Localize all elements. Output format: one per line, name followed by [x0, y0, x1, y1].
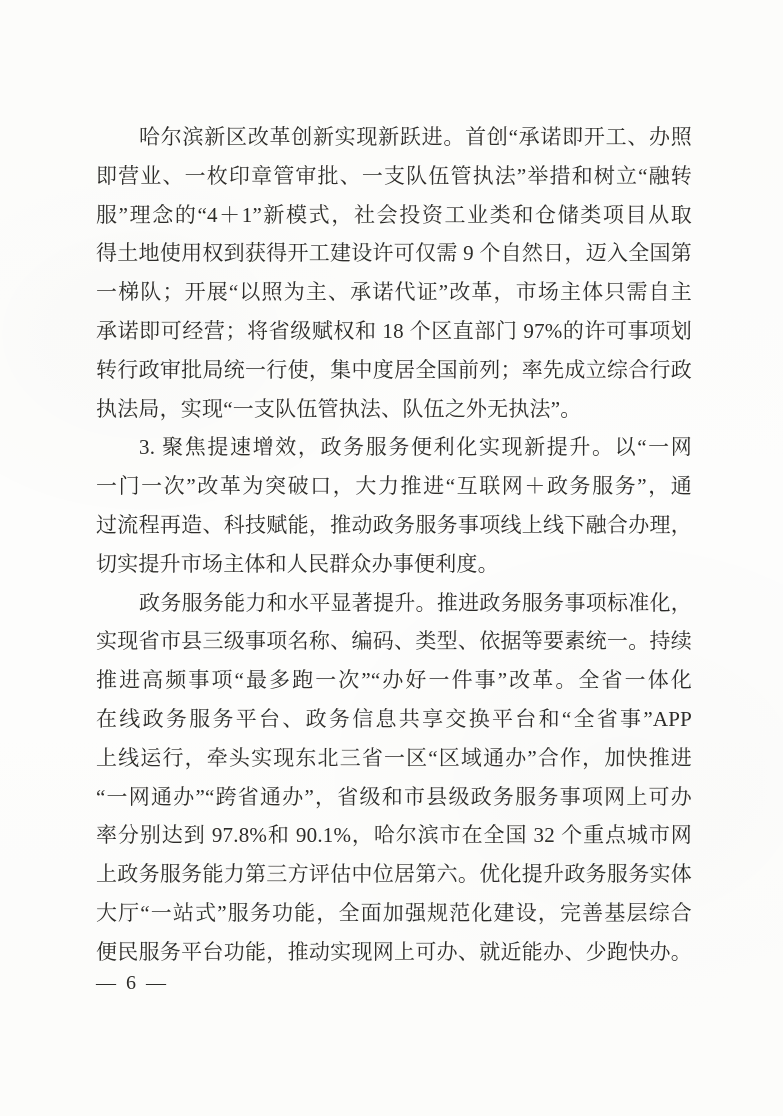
paragraph: 3. 聚焦提速增效，政务服务便利化实现新提升。以“一网一门一次”改革为突破口，大…: [96, 428, 692, 583]
text-line: 便民服务平台功能，推动实现网上可办、就近能办、少跑快办。: [96, 933, 692, 972]
text-line: 过流程再造、科技赋能，推动政务服务事项线上线下融合办理，: [96, 506, 692, 545]
text-line: 大厅“一站式”服务功能，全面加强规范化建设，完善基层综合: [96, 894, 692, 933]
text-line: 切实提升市场主体和人民群众办事便利度。: [96, 545, 692, 584]
document-body: 哈尔滨新区改革创新实现新跃进。首创“承诺即开工、办照即营业、一枚印章管审批、一支…: [96, 118, 692, 972]
text-line: 一门一次”改革为突破口，大力推进“互联网＋政务服务”，通: [96, 467, 692, 506]
text-line: 即营业、一枚印章管审批、一支队伍管执法”举措和树立“融转: [96, 157, 692, 196]
page-number-text: — 6 —: [96, 972, 166, 994]
document-page: 哈尔滨新区改革创新实现新跃进。首创“承诺即开工、办照即营业、一枚印章管审批、一支…: [0, 0, 783, 1116]
text-line: 一梯队；开展“以照为主、承诺代证”改革，市场主体只需自主: [96, 273, 692, 312]
text-line: 政务服务能力和水平显著提升。推进政务服务事项标准化，: [96, 584, 692, 623]
text-line: 服”理念的“4＋1”新模式，社会投资工业类和仓储类项目从取: [96, 196, 692, 235]
text-line: 上政务服务能力第三方评估中位居第六。优化提升政务服务实体: [96, 855, 692, 894]
text-line: 推进高频事项“最多跑一次”“办好一件事”改革。全省一体化: [96, 661, 692, 700]
text-line: 执法局，实现“一支队伍管执法、队伍之外无执法”。: [96, 390, 692, 429]
text-line: 承诺即可经营；将省级赋权和 18 个区直部门 97%的许可事项划: [96, 312, 692, 351]
page-number: — 6 —: [96, 968, 166, 998]
text-line: 得土地使用权到获得开工建设许可仅需 9 个自然日，迈入全国第: [96, 234, 692, 273]
text-line: 实现省市县三级事项名称、编码、类型、依据等要素统一。持续: [96, 622, 692, 661]
paragraph: 哈尔滨新区改革创新实现新跃进。首创“承诺即开工、办照即营业、一枚印章管审批、一支…: [96, 118, 692, 428]
text-line: “一网通办”“跨省通办”，省级和市县级政务服务事项网上可办: [96, 778, 692, 817]
text-line: 上线运行，牵头实现东北三省一区“区域通办”合作，加快推进: [96, 739, 692, 778]
text-line: 3. 聚焦提速增效，政务服务便利化实现新提升。以“一网: [96, 428, 692, 467]
text-line: 在线政务服务平台、政务信息共享交换平台和“全省事”APP: [96, 700, 692, 739]
text-line: 转行政审批局统一行使，集中度居全国前列；率先成立综合行政: [96, 351, 692, 390]
text-line: 率分别达到 97.8%和 90.1%，哈尔滨市在全国 32 个重点城市网: [96, 816, 692, 855]
paragraph: 政务服务能力和水平显著提升。推进政务服务事项标准化，实现省市县三级事项名称、编码…: [96, 584, 692, 972]
text-line: 哈尔滨新区改革创新实现新跃进。首创“承诺即开工、办照: [96, 118, 692, 157]
